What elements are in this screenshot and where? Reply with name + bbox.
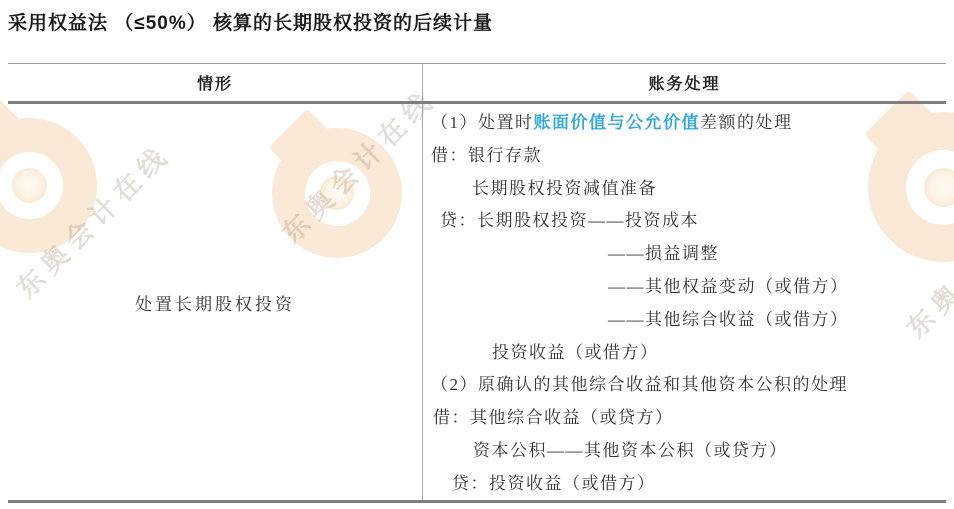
treatment-line: 借：其他综合收益（或贷方）	[431, 402, 946, 435]
treatment-cell: （1）处置时账面价值与公允价值差额的处理借：银行存款长期股权投资减值准备贷：长期…	[423, 104, 946, 500]
line-text: （1）处置时	[431, 113, 534, 132]
treatment-line: ——其他综合收益（或借方）	[431, 304, 946, 337]
highlight-term: 账面价值与公允价值	[534, 113, 701, 132]
treatment-lines: （1）处置时账面价值与公允价值差额的处理借：银行存款长期股权投资减值准备贷：长期…	[431, 107, 946, 501]
treatment-line: 贷：投资收益（或借方）	[431, 468, 946, 501]
line-text: 贷：投资收益（或借方）	[452, 474, 656, 493]
treatment-line: 资本公积——其他资本公积（或贷方）	[431, 435, 946, 468]
line-text: ——其他综合收益（或借方）	[608, 310, 849, 329]
line-text: 借：其他综合收益（或贷方）	[433, 408, 674, 427]
treatment-line: 借：银行存款	[431, 140, 946, 173]
page-title: 采用权益法 （≤50%） 核算的长期股权投资的后续计量	[8, 8, 493, 35]
line-text: 借：银行存款	[431, 146, 542, 165]
line-text: （2）原确认的其他综合收益和其他资本公积的处理	[431, 375, 848, 394]
line-text: 投资收益（或借方）	[492, 343, 659, 362]
treatment-line: 长期股权投资减值准备	[431, 173, 946, 206]
treatment-line: 投资收益（或借方）	[431, 337, 946, 370]
table-header-row: 情形 账务处理	[8, 64, 946, 104]
line-text: 贷：长期股权投资——投资成本	[440, 211, 699, 230]
treatment-line: （1）处置时账面价值与公允价值差额的处理	[431, 107, 946, 140]
treatment-line: ——损益调整	[431, 238, 946, 271]
treatment-line: 贷：长期股权投资——投资成本	[431, 205, 946, 238]
header-treatment: 账务处理	[423, 64, 946, 101]
line-text: 差额的处理	[700, 113, 793, 132]
treatment-line: （2）原确认的其他综合收益和其他资本公积的处理	[431, 369, 946, 402]
line-text: ——损益调整	[608, 244, 719, 263]
line-text: ——其他权益变动（或借方）	[608, 277, 849, 296]
accounting-table: 情形 账务处理 处置长期股权投资 （1）处置时账面价值与公允价值差额的处理借：银…	[8, 63, 946, 503]
header-situation: 情形	[8, 64, 423, 101]
line-text: 长期股权投资减值准备	[472, 179, 657, 198]
table-body-row: 处置长期股权投资 （1）处置时账面价值与公允价值差额的处理借：银行存款长期股权投…	[8, 104, 946, 500]
line-text: 资本公积——其他资本公积（或贷方）	[473, 441, 788, 460]
study-note-page: 东奥会计在线 东奥会计在线 东奥会计在线 采用权益法 （≤50%） 核算的长期股…	[0, 0, 954, 509]
treatment-line: ——其他权益变动（或借方）	[431, 271, 946, 304]
situation-cell: 处置长期股权投资	[8, 104, 423, 500]
